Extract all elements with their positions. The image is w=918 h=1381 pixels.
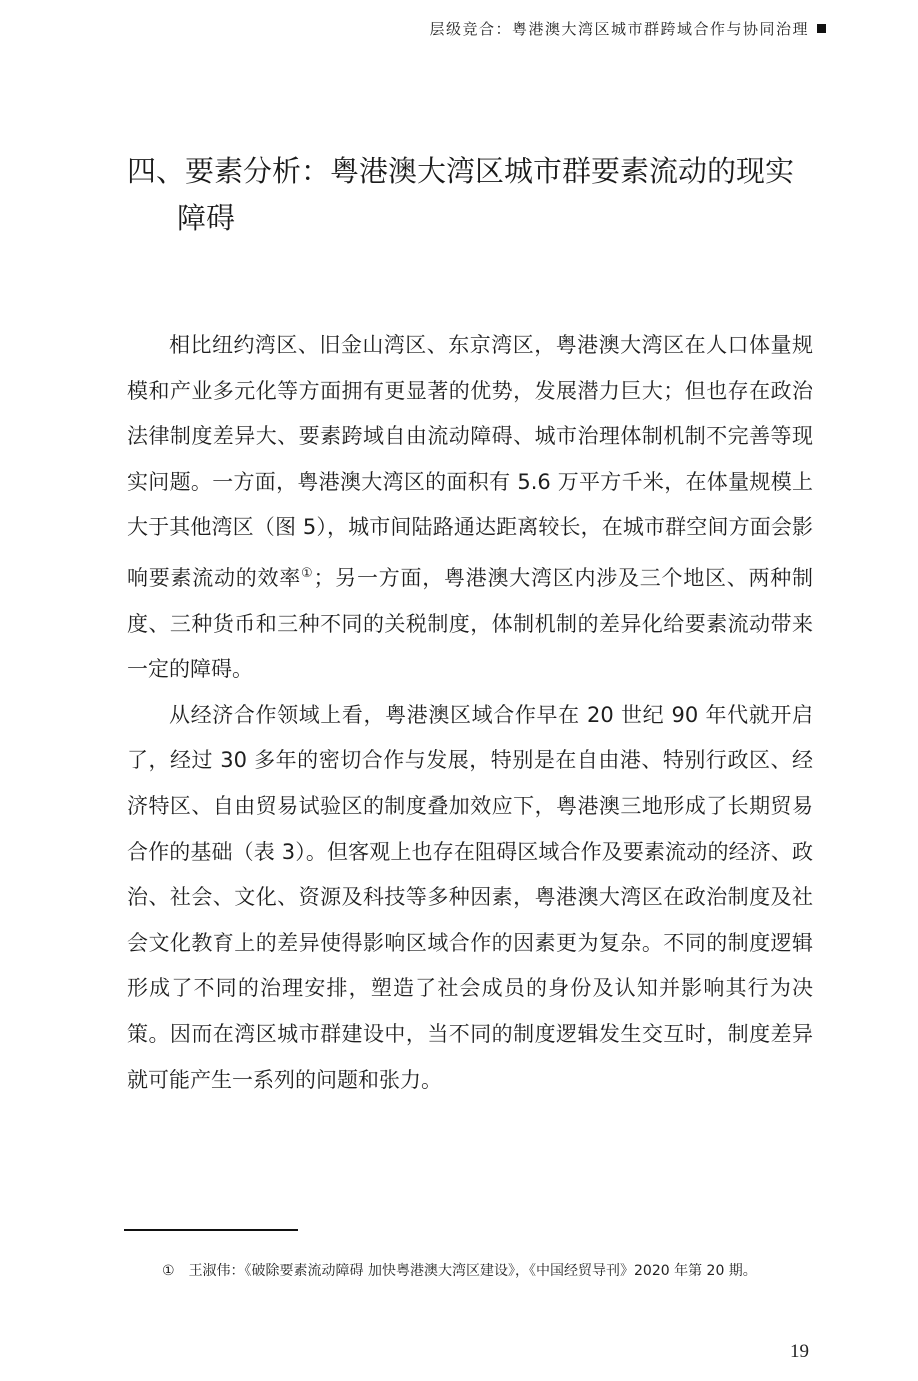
footnote: ①王淑伟：《破除要素流动障碍 加快粤港澳大湾区建设》，《中国经贸导刊》2020 … (124, 1258, 814, 1284)
running-header-title: 层级竞合：粤港澳大湾区城市群跨域合作与协同治理 (429, 20, 809, 38)
page-number: 19 (790, 1341, 809, 1363)
footnote-divider (124, 1229, 298, 1231)
square-bullet-icon (817, 24, 826, 33)
paragraph-1: 相比纽约湾区、旧金山湾区、东京湾区，粤港澳大湾区在人口体量规模和产业多元化等方面… (127, 323, 813, 693)
footnote-reference[interactable]: ① (301, 566, 313, 581)
paragraph-1-text: 相比纽约湾区、旧金山湾区、东京湾区，粤港澳大湾区在人口体量规模和产业多元化等方面… (127, 333, 813, 590)
body-text: 相比纽约湾区、旧金山湾区、东京湾区，粤港澳大湾区在人口体量规模和产业多元化等方面… (127, 323, 813, 1103)
section-title-line1: 四、要素分析：粤港澳大湾区城市群要素流动的现实 (127, 154, 794, 188)
section-title: 四、要素分析：粤港澳大湾区城市群要素流动的现实 障碍 (127, 148, 827, 242)
running-header: 层级竞合：粤港澳大湾区城市群跨域合作与协同治理 (429, 18, 826, 39)
footnote-mark: ① (162, 1263, 175, 1279)
paragraph-2: 从经济合作领域上看，粤港澳区域合作早在 20 世纪 90 年代就开启了，经过 3… (127, 693, 813, 1103)
footnote-text: 王淑伟：《破除要素流动障碍 加快粤港澳大湾区建设》，《中国经贸导刊》2020 年… (189, 1263, 757, 1279)
section-title-line2: 障碍 (127, 195, 827, 242)
